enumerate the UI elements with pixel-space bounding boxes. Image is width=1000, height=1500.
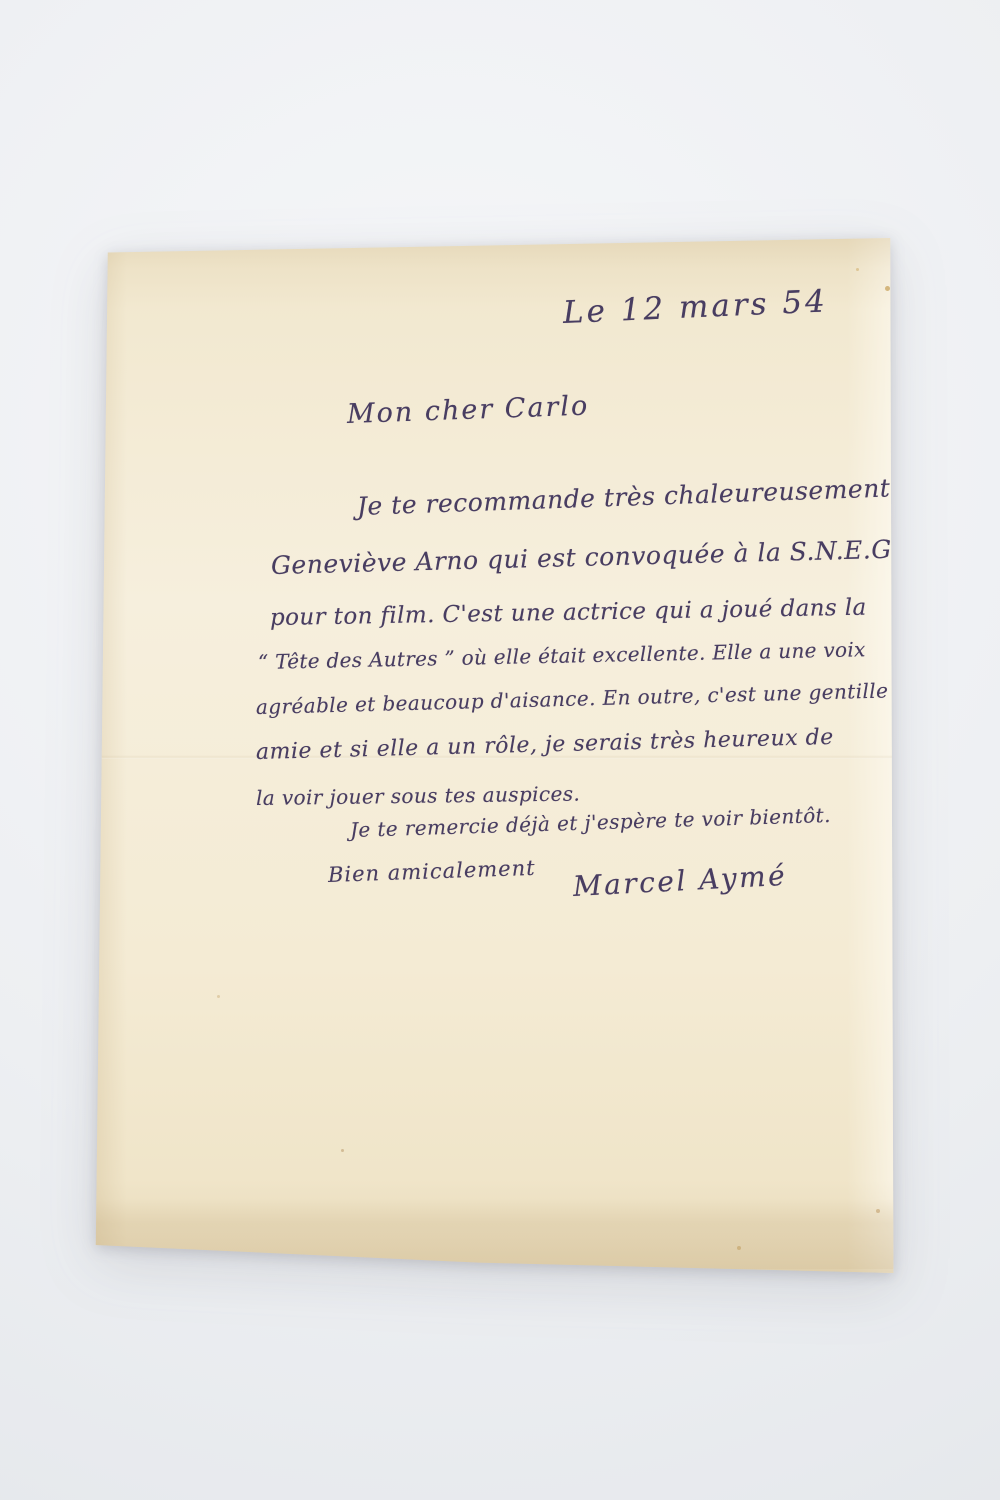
letter-body-line: “ Tête des Autres ” où elle était excell…: [258, 637, 866, 674]
letter-body-line: Je te remercie déjà et j'espère te voir …: [350, 803, 832, 842]
letter-body-line: la voir jouer sous tes auspices.: [256, 781, 581, 810]
letter-body-line: agréable et beaucoup d'aisance. En outre…: [256, 678, 889, 719]
foxing-spot: [341, 1149, 344, 1152]
letter-date: Le 12 mars 54: [562, 283, 828, 331]
foxing-spot: [885, 286, 890, 291]
letter-body-line: Je te recommande très chaleureusement: [356, 473, 890, 521]
letter-salutation: Mon cher Carlo: [346, 391, 589, 430]
letter-closing: Bien amicalement: [328, 856, 536, 887]
foxing-spot: [737, 1246, 741, 1250]
photo-backdrop: Le 12 mars 54 Mon cher Carlo Je te recom…: [0, 0, 1000, 1500]
letter-body-line: Geneviève Arno qui est convoquée à la S.…: [271, 535, 892, 580]
letter-body-line: pour ton film. C'est une actrice qui a j…: [270, 595, 867, 631]
paper-fold-crease-bottom: [95, 1199, 895, 1269]
foxing-spot: [876, 1209, 880, 1213]
foxing-spot: [856, 268, 859, 271]
letter-signature: Marcel Aymé: [572, 859, 788, 903]
foxing-spot: [217, 995, 220, 998]
letter-paper-shadow: Le 12 mars 54 Mon cher Carlo Je te recom…: [0, 0, 1000, 1500]
letter-paper: Le 12 mars 54 Mon cher Carlo Je te recom…: [95, 237, 895, 1274]
